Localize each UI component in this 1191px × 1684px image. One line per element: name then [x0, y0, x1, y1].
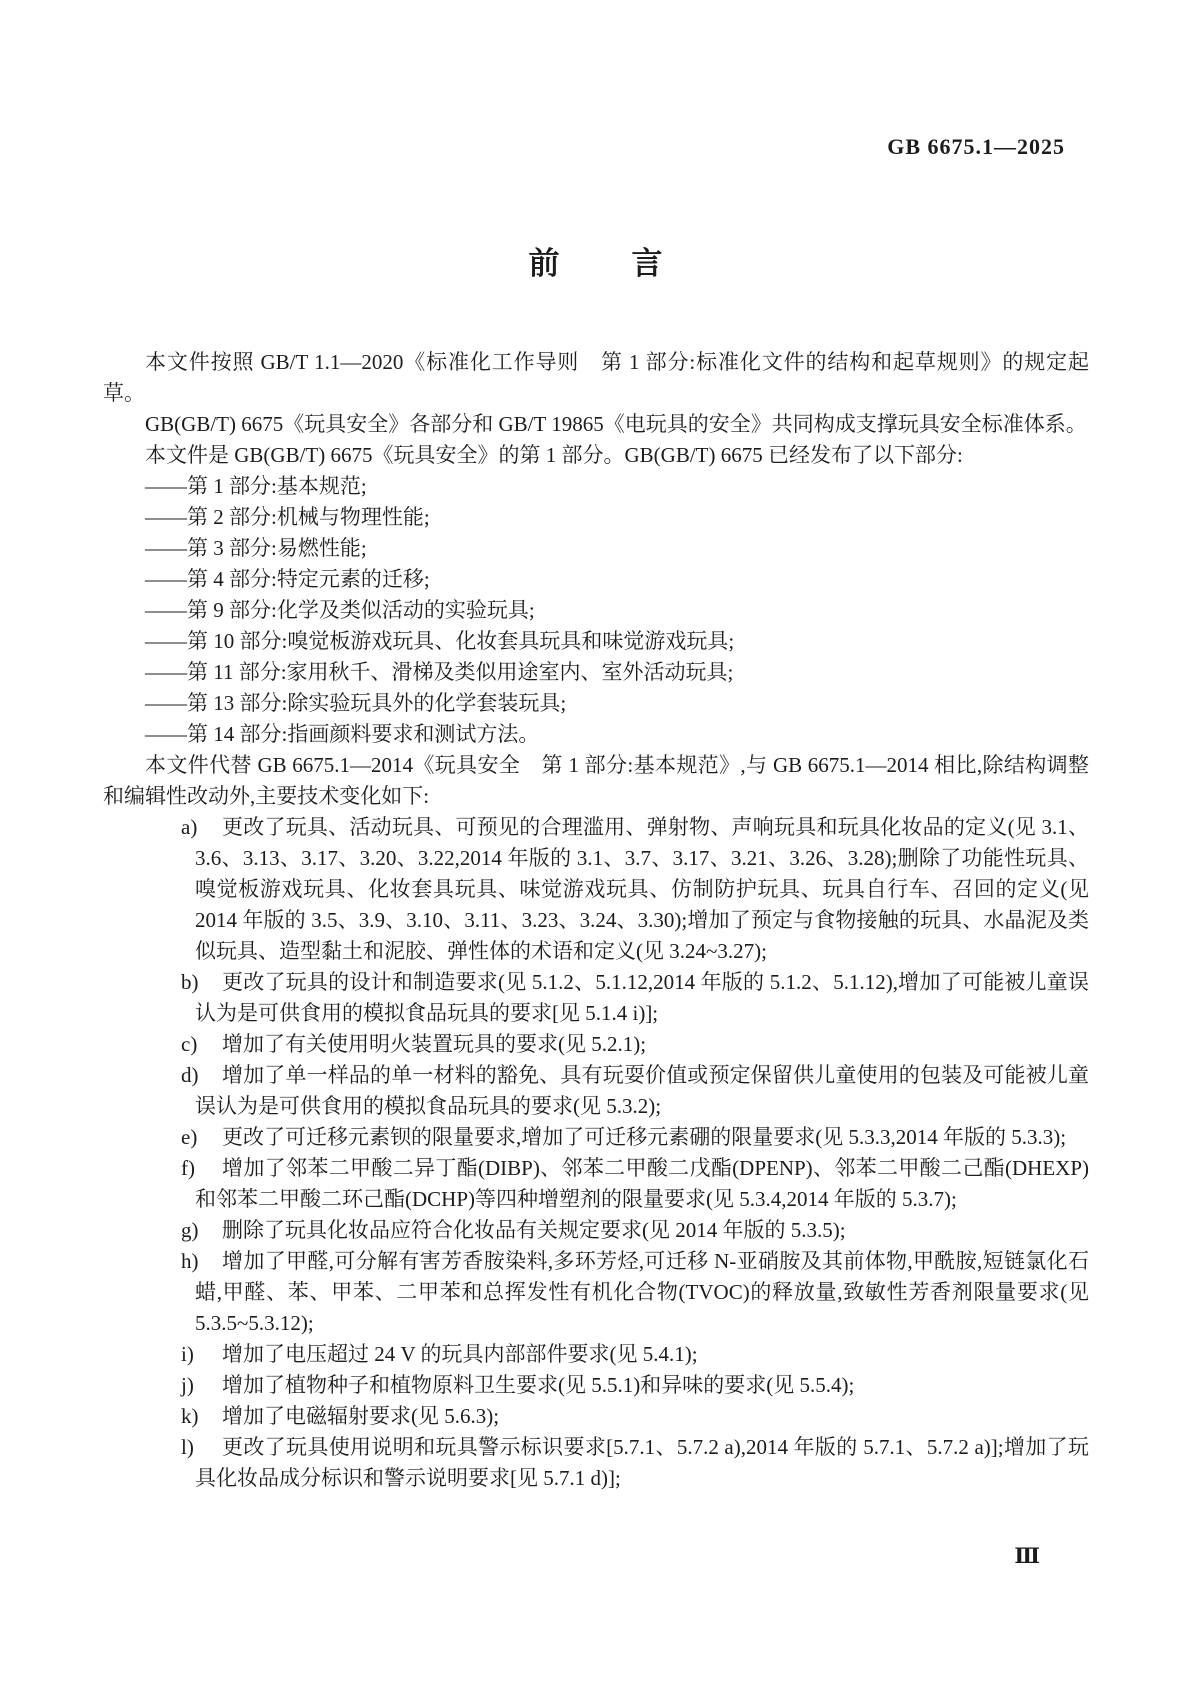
paragraph-parts-intro: 本文件是 GB(GB/T) 6675《玩具安全》的第 1 部分。GB(GB/T)…	[103, 440, 1089, 471]
change-item-f: f) 增加了邻苯二甲酸二异丁酯(DIBP)、邻苯二甲酸二戊酯(DPENP)、邻苯…	[103, 1153, 1089, 1215]
part-list-item-13: ——第 13 部分:除实验玩具外的化学套装玩具;	[103, 688, 1089, 719]
change-item-k: k) 增加了电磁辐射要求(见 5.6.3);	[103, 1401, 1089, 1432]
paragraph-drafting-basis: 本文件按照 GB/T 1.1—2020《标准化工作导则 第 1 部分:标准化文件…	[103, 347, 1089, 409]
change-text: 增加了有关使用明火装置玩具的要求(见 5.2.1);	[222, 1032, 646, 1056]
change-item-c: c) 增加了有关使用明火装置玩具的要求(见 5.2.1);	[103, 1029, 1089, 1060]
paragraph-replacement-note: 本文件代替 GB 6675.1—2014《玩具安全 第 1 部分:基本规范》,与…	[103, 750, 1089, 812]
change-text: 更改了玩具的设计和制造要求(见 5.1.2、5.1.12,2014 年版的 5.…	[195, 970, 1089, 1025]
change-marker: f)	[181, 1153, 195, 1184]
change-marker: k)	[181, 1401, 199, 1432]
change-text: 增加了植物种子和植物原料卫生要求(见 5.5.1)和异味的要求(见 5.5.4)…	[222, 1373, 854, 1397]
title-char-second: 言	[632, 238, 663, 283]
change-item-h: h) 增加了甲醛,可分解有害芳香胺染料,多环芳烃,可迁移 N-亚硝胺及其前体物,…	[103, 1246, 1089, 1339]
change-text: 增加了单一样品的单一材料的豁免、具有玩耍价值或预定保留供儿童使用的包装及可能被儿…	[195, 1063, 1089, 1118]
change-text: 更改了可迁移元素钡的限量要求,增加了可迁移元素硼的限量要求(见 5.3.3,20…	[222, 1125, 1066, 1149]
part-list-item-1: ——第 1 部分:基本规范;	[103, 471, 1089, 502]
part-list-item-9: ——第 9 部分:化学及类似活动的实验玩具;	[103, 595, 1089, 626]
page-number: Ⅲ	[1014, 1543, 1040, 1569]
change-item-a: a) 更改了玩具、活动玩具、可预见的合理滥用、弹射物、声响玩具和玩具化妆品的定义…	[103, 812, 1089, 967]
change-marker: c)	[181, 1029, 197, 1060]
part-list-item-10: ——第 10 部分:嗅觉板游戏玩具、化妆套具玩具和味觉游戏玩具;	[103, 626, 1089, 657]
change-item-i: i) 增加了电压超过 24 V 的玩具内部部件要求(见 5.4.1);	[103, 1339, 1089, 1370]
change-marker: a)	[181, 812, 197, 843]
change-marker: d)	[181, 1060, 199, 1091]
change-marker: b)	[181, 967, 199, 998]
part-list-item-3: ——第 3 部分:易燃性能;	[103, 533, 1089, 564]
part-list-item-2: ——第 2 部分:机械与物理性能;	[103, 502, 1089, 533]
part-list-item-4: ——第 4 部分:特定元素的迁移;	[103, 564, 1089, 595]
change-item-l: l) 更改了玩具使用说明和玩具警示标识要求[5.7.1、5.7.2 a),201…	[103, 1432, 1089, 1494]
change-text: 删除了玩具化妆品应符合化妆品有关规定要求(见 2014 年版的 5.3.5);	[222, 1218, 846, 1242]
foreword-body: 本文件按照 GB/T 1.1—2020《标准化工作导则 第 1 部分:标准化文件…	[103, 347, 1089, 1494]
page-title: 前 言	[0, 238, 1191, 283]
change-text: 增加了邻苯二甲酸二异丁酯(DIBP)、邻苯二甲酸二戊酯(DPENP)、邻苯二甲酸…	[195, 1156, 1089, 1211]
standard-number: GB 6675.1—2025	[887, 134, 1065, 160]
change-text: 更改了玩具、活动玩具、可预见的合理滥用、弹射物、声响玩具和玩具化妆品的定义(见 …	[195, 815, 1089, 963]
change-item-j: j) 增加了植物种子和植物原料卫生要求(见 5.5.1)和异味的要求(见 5.5…	[103, 1370, 1089, 1401]
change-marker: i)	[181, 1339, 194, 1370]
change-text: 更改了玩具使用说明和玩具警示标识要求[5.7.1、5.7.2 a),2014 年…	[195, 1435, 1089, 1490]
change-marker: l)	[181, 1432, 194, 1463]
part-list-item-11: ——第 11 部分:家用秋千、滑梯及类似用途室内、室外活动玩具;	[103, 657, 1089, 688]
change-marker: j)	[181, 1370, 194, 1401]
change-text: 增加了甲醛,可分解有害芳香胺染料,多环芳烃,可迁移 N-亚硝胺及其前体物,甲酰胺…	[195, 1249, 1089, 1335]
change-item-b: b) 更改了玩具的设计和制造要求(见 5.1.2、5.1.12,2014 年版的…	[103, 967, 1089, 1029]
change-marker: g)	[181, 1215, 199, 1246]
change-text: 增加了电压超过 24 V 的玩具内部部件要求(见 5.4.1);	[222, 1342, 698, 1366]
change-item-g: g) 删除了玩具化妆品应符合化妆品有关规定要求(见 2014 年版的 5.3.5…	[103, 1215, 1089, 1246]
change-marker: e)	[181, 1122, 197, 1153]
change-item-d: d) 增加了单一样品的单一材料的豁免、具有玩耍价值或预定保留供儿童使用的包装及可…	[103, 1060, 1089, 1122]
title-char-first: 前	[529, 238, 560, 283]
change-marker: h)	[181, 1246, 199, 1277]
part-list-item-14: ——第 14 部分:指画颜料要求和测试方法。	[103, 719, 1089, 750]
change-text: 增加了电磁辐射要求(见 5.6.3);	[222, 1404, 499, 1428]
change-item-e: e) 更改了可迁移元素钡的限量要求,增加了可迁移元素硼的限量要求(见 5.3.3…	[103, 1122, 1089, 1153]
paragraph-standard-system: GB(GB/T) 6675《玩具安全》各部分和 GB/T 19865《电玩具的安…	[103, 409, 1089, 440]
document-page: GB 6675.1—2025 前 言 本文件按照 GB/T 1.1—2020《标…	[0, 0, 1191, 1684]
